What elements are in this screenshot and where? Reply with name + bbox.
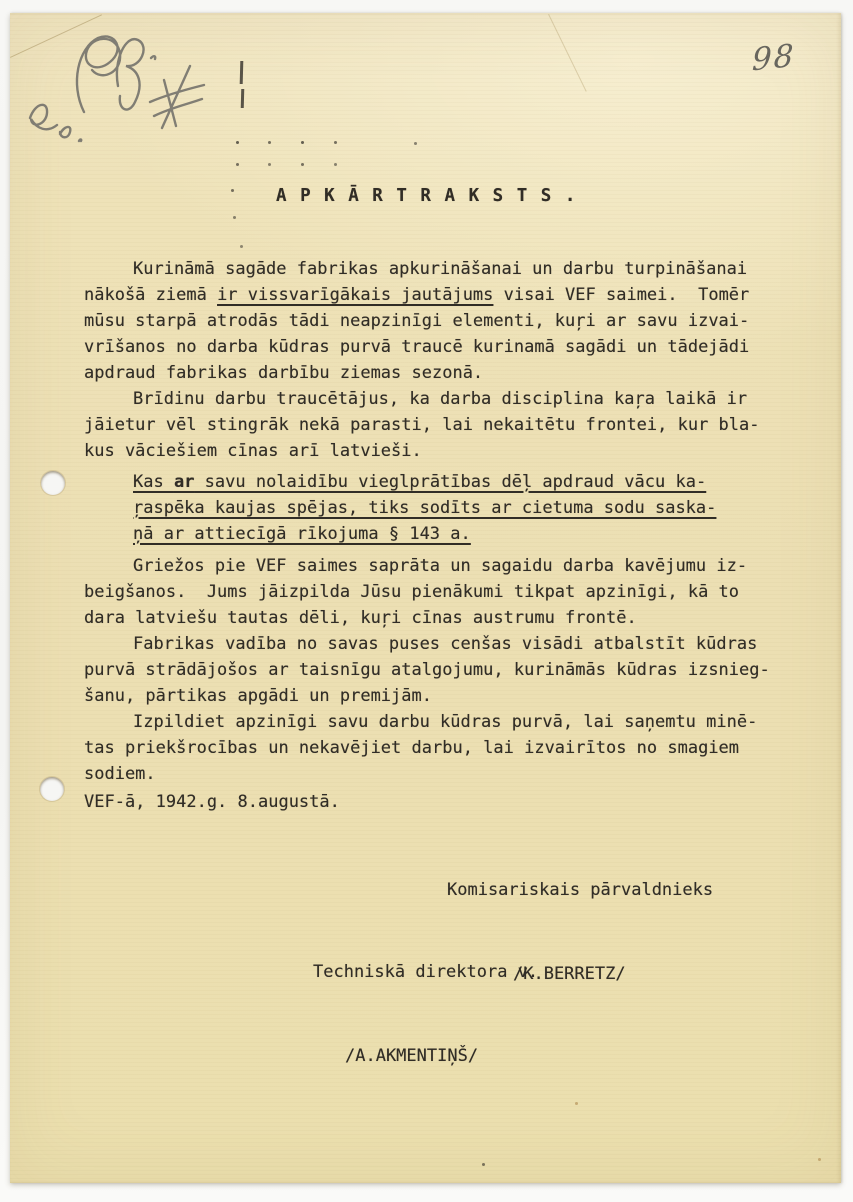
typed-dot [414,142,417,145]
typed-dot [334,141,337,144]
punch-hole [41,471,65,495]
text-line: beigšanos. Jums jāizpilda Jūsu pienākumi… [84,582,739,602]
typed-dot [233,216,236,219]
text-line: Izpildiet apzinīgi savu darbu kūdras pur… [84,712,757,732]
paragraph-4: Griežos pie VEF saimes saprāta un sagaid… [84,553,784,631]
page-number: 98 [751,38,795,79]
paper-speck [482,1163,485,1166]
typed-dot [301,163,304,166]
typed-dot [240,245,243,248]
typed-dot [268,141,271,144]
typed-dot [236,141,239,144]
paragraph-5: Fabrikas vadība no savas puses cenšas vi… [84,631,784,709]
signature-technical-director: Techniskā direktora v. /A.AKMENTIŅŠ/ [313,902,538,1126]
typed-dot [231,189,234,192]
text-line: kus vāciešiem cīnas arī latvieši. [84,441,422,461]
text-line: Brīdinu darbu traucētājus, ka darba disc… [84,389,747,409]
text-line: sodiem. [84,764,156,784]
document-body: Kurināmā sagāde fabrikas apkurināšanai u… [84,256,784,787]
typed-dot [301,141,304,144]
signature-title: Komisariskais pārvaldnieks [447,876,713,904]
paragraph-2: Brīdinu darbu traucētājus, ka darba disc… [84,386,784,464]
document-title: A P K Ā R T R A K S T S . [276,186,577,206]
scanned-document-page: 98 A P K Ā R T R A K S T S . Kurināmā sa… [0,0,853,1202]
text-line: nākošā ziemā ir vissvarīgākais jautājums… [84,285,749,305]
text-line: ŗaspēka kaujas spējas, tiks sodīts ar ci… [133,498,716,518]
text-line: Fabrikas vadība no savas puses cenšas vi… [84,634,757,654]
text-line: vrīšanos no darba kūdras purvā traucē ku… [84,337,749,357]
ink-dash-mark [241,89,244,108]
dateline: VEF-ā, 1942.g. 8.augustā. [84,792,340,812]
typed-dot [236,163,239,166]
text-line: Kas ar savu nolaidību vieglprātības dēļ … [133,472,706,492]
text-line: mūsu starpā atrodās tādi neapzinīgi elem… [84,311,749,331]
text-line: Griežos pie VEF saimes saprāta un sagaid… [84,556,747,576]
text-line: dara latviešu tautas dēli, kuŗi cīnas au… [84,608,637,628]
paragraph-3-warning: Kas ar savu nolaidību vieglprātības dēļ … [84,469,784,547]
signature-title: Techniskā direktora v. [313,958,538,986]
pencil-scribble [22,24,232,149]
typed-dot [268,163,271,166]
punch-hole [40,777,64,801]
text-line: Kurināmā sagāde fabrikas apkurināšanai u… [84,259,747,279]
text-line: šanu, pārtikas apgādi un premijām. [84,686,432,706]
signature-name: /K.BERRETZ/ [513,960,713,988]
paragraph-1: Kurināmā sagāde fabrikas apkurināšanai u… [84,256,784,386]
text-line: apdraud fabrikas darbību ziemas sezonā. [84,363,483,383]
signature-name: /A.AKMENTIŅŠ/ [345,1042,538,1070]
typed-dot [334,163,337,166]
paragraph-6: Izpildiet apzinīgi savu darbu kūdras pur… [84,709,784,787]
text-line: purvā strādājošos ar taisnīgu atalgojumu… [84,660,770,680]
text-line: tas priekšrocības un nekavējiet darbu, l… [84,738,739,758]
underlined-text: ir vissvarīgākais jautājums [217,285,493,305]
emphasized-text: ar [174,472,194,492]
paper-speck [818,1158,821,1161]
text-line: jāietur vēl stingrāk nekā parasti, lai n… [84,415,760,435]
paper-speck [575,1102,578,1105]
ink-dash-mark [240,61,244,84]
text-line: ņā ar attiecīgā rīkojuma § 143 a. [133,524,471,544]
